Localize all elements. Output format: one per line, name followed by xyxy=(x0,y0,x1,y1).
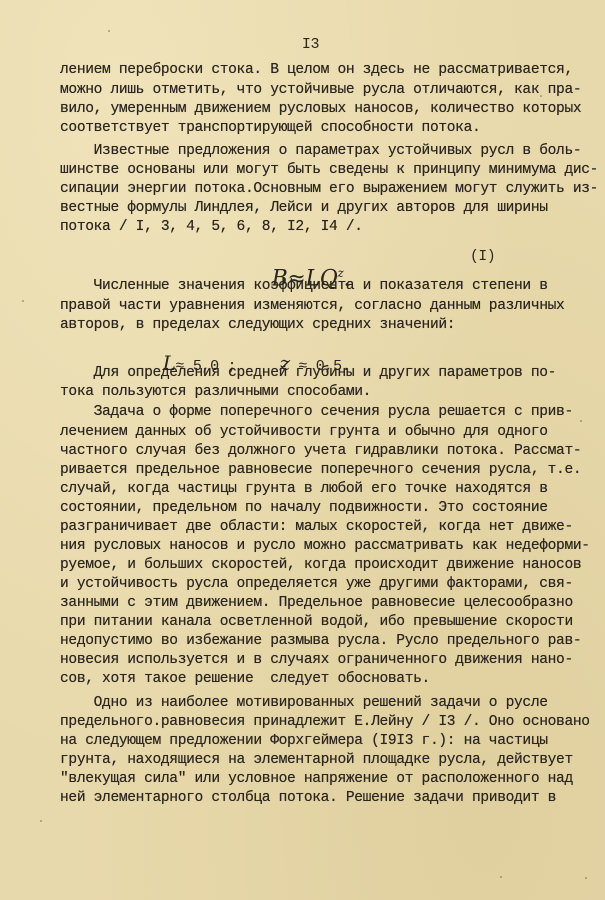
text-line: вило, умеренным движением русловых нанос… xyxy=(60,100,581,119)
text-line: потока / I, 3, 4, 5, 6, 8, I2, I4 /. xyxy=(60,218,363,237)
paper-speck xyxy=(500,876,502,878)
text-line: ней элементарного столбца потока. Решени… xyxy=(60,789,556,808)
text-line: Одно из наиболее мотивированных решений … xyxy=(60,694,548,713)
paper-speck xyxy=(540,95,542,97)
paper-speck xyxy=(585,877,587,879)
document-page: I3 лением переброски стока. В целом он з… xyxy=(0,0,605,900)
text-line: и устойчивость русла определяется уже др… xyxy=(60,575,573,594)
text-line: состоянии, предельном по началу подвижно… xyxy=(60,499,548,518)
text-line: Известные предложения о параметрах устой… xyxy=(60,142,581,161)
text-line: частного случая без должного учета гидра… xyxy=(60,442,581,461)
text-line: новесия используется и в случаях огранич… xyxy=(60,651,573,670)
formula-number: (I) xyxy=(470,249,495,265)
paper-speck xyxy=(108,30,110,32)
paper-speck xyxy=(22,300,24,302)
text-line: сов, хотя такое решение следует обоснова… xyxy=(60,670,430,689)
text-line: сипации энергии потока.Основным его выра… xyxy=(60,180,598,199)
text-line: шинстве основаны или могут быть сведены … xyxy=(60,161,598,180)
text-line: Для определения средней глубины и других… xyxy=(60,364,556,383)
text-line: вестные формулы Линдлея, Лейси и других … xyxy=(60,199,548,218)
text-line: лением переброски стока. В целом он здес… xyxy=(60,61,573,80)
text-line: недопустимо во избежание размыва русла. … xyxy=(60,632,581,651)
paper-speck xyxy=(40,820,42,822)
text-line: "влекущая сила" или условное напряжение … xyxy=(60,770,573,789)
text-line: занными с этим движением. Предельное рав… xyxy=(60,594,573,613)
text-line: Численные значения коэффициента и показа… xyxy=(60,277,548,296)
text-line: руемое, и больших скоростей, когда проис… xyxy=(60,556,581,575)
text-line: соответствует транспортирующей способнос… xyxy=(60,119,480,138)
text-line: ривается предельное равновесие поперечно… xyxy=(60,461,581,480)
text-line: при питании канала осветленной водой, иб… xyxy=(60,613,573,632)
text-line: правой части уравнения изменяются, согла… xyxy=(60,297,564,316)
text-line: ния русловых наносов и русло можно рассм… xyxy=(60,537,590,556)
text-line: можно лишь отметить, что устойчивые русл… xyxy=(60,81,581,100)
paper-speck xyxy=(580,420,582,422)
text-line: предельного.равновесия принадлежит Е.Лей… xyxy=(60,713,590,732)
text-line: тока пользуются различными способами. xyxy=(60,383,371,402)
text-line: лечением данных об устойчивости грунта и… xyxy=(60,423,548,442)
text-line: разграничивает две области: малых скорос… xyxy=(60,518,573,537)
text-line: авторов, в пределах следующих средних зн… xyxy=(60,316,455,335)
text-line: случай, когда частицы грунта в любой его… xyxy=(60,480,548,499)
page-number: I3 xyxy=(8,36,605,53)
text-line: Задача о форме поперечного сечения русла… xyxy=(60,403,573,422)
text-line: грунта, находящиеся на элементарной площ… xyxy=(60,751,573,770)
text-line: на следующем предложении Форхгеймера (I9… xyxy=(60,732,548,751)
